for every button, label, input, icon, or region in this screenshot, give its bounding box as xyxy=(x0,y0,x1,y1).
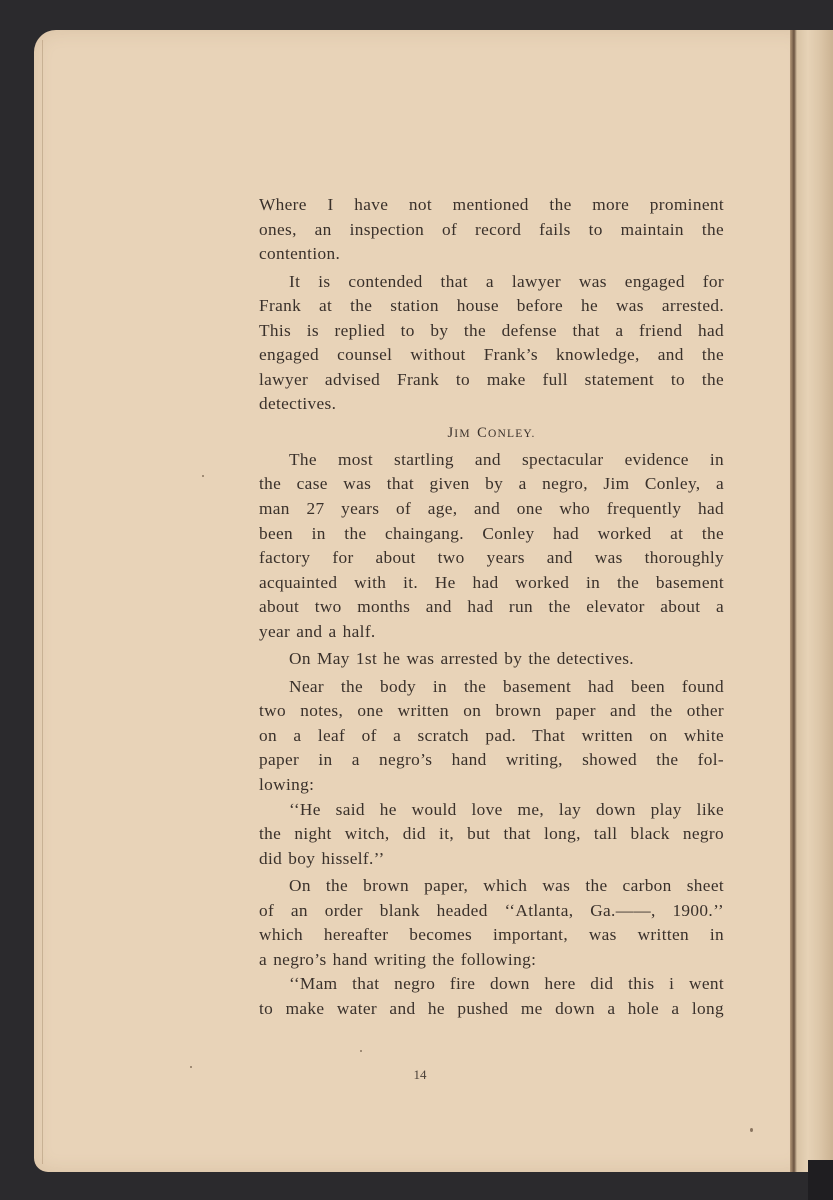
text-line: been in the chaingang. Conley had worked… xyxy=(259,522,724,547)
text-line: to make water and he pushed me down a ho… xyxy=(259,997,724,1022)
text-line: contention. xyxy=(259,242,724,267)
text-line: On the brown paper, which was the carbon… xyxy=(259,874,724,899)
text-line: This is replied to by the defense that a… xyxy=(259,319,724,344)
text-line: ones, an inspection of record fails to m… xyxy=(259,218,724,243)
background-corner xyxy=(808,1160,833,1200)
text-line: Frank at the station house before he was… xyxy=(259,294,724,319)
text-line: ‘‘Mam that negro fire down here did this… xyxy=(259,972,724,997)
paper-speck xyxy=(190,1066,192,1068)
quoted-note: ‘‘Mam that negro fire down here did this… xyxy=(259,972,724,1021)
paragraph: It is contended that a lawyer was engage… xyxy=(259,270,724,417)
text-line: Near the body in the basement had been f… xyxy=(259,675,724,700)
page-text: Where I have not mentioned the more prom… xyxy=(259,193,724,1022)
paper-speck xyxy=(630,382,632,384)
text-line: year and a half. xyxy=(259,620,724,645)
text-line: On May 1st he was arrested by the detect… xyxy=(259,647,724,672)
paper-speck xyxy=(750,1128,753,1132)
text-line: the night witch, did it, but that long, … xyxy=(259,822,724,847)
text-line: It is contended that a lawyer was engage… xyxy=(259,270,724,295)
book-page: Where I have not mentioned the more prom… xyxy=(34,30,806,1172)
text-line: The most startling and spectacular evide… xyxy=(259,448,724,473)
text-line: detectives. xyxy=(259,392,724,417)
quoted-note: ‘‘He said he would love me, lay down pla… xyxy=(259,798,724,872)
section-heading: JIM CONLEY. xyxy=(259,418,724,448)
text-line: engaged counsel without Frank’s knowledg… xyxy=(259,343,724,368)
text-line: lowing: xyxy=(259,773,724,798)
page-number: 14 xyxy=(34,1067,806,1083)
text-line: factory for about two years and was thor… xyxy=(259,546,724,571)
text-line: a negro’s hand writing the following: xyxy=(259,948,724,973)
text-line: Where I have not mentioned the more prom… xyxy=(259,193,724,218)
text-line: acquainted with it. He had worked in the… xyxy=(259,571,724,596)
paragraph: The most startling and spectacular evide… xyxy=(259,448,724,644)
book-spine-edge xyxy=(790,30,833,1172)
text-line: two notes, one written on brown paper an… xyxy=(259,699,724,724)
text-line: on a leaf of a scratch pad. That written… xyxy=(259,724,724,749)
paragraph: Near the body in the basement had been f… xyxy=(259,675,724,798)
paper-speck xyxy=(202,475,204,477)
text-line: about two months and had run the elevato… xyxy=(259,595,724,620)
text-line: paper in a negro’s hand writing, showed … xyxy=(259,748,724,773)
text-line: did boy hisself.’’ xyxy=(259,847,724,872)
text-line: the case was that given by a negro, Jim … xyxy=(259,472,724,497)
paragraph: On the brown paper, which was the carbon… xyxy=(259,874,724,972)
text-line: man 27 years of age, and one who frequen… xyxy=(259,497,724,522)
text-line: lawyer advised Frank to make full statem… xyxy=(259,368,724,393)
paper-speck xyxy=(360,1050,362,1052)
text-line: ‘‘He said he would love me, lay down pla… xyxy=(259,798,724,823)
paragraph: On May 1st he was arrested by the detect… xyxy=(259,647,724,672)
paragraph: Where I have not mentioned the more prom… xyxy=(259,193,724,267)
text-line: of an order blank headed ‘‘Atlanta, Ga.—… xyxy=(259,899,724,924)
text-line: which hereafter becomes important, was w… xyxy=(259,923,724,948)
